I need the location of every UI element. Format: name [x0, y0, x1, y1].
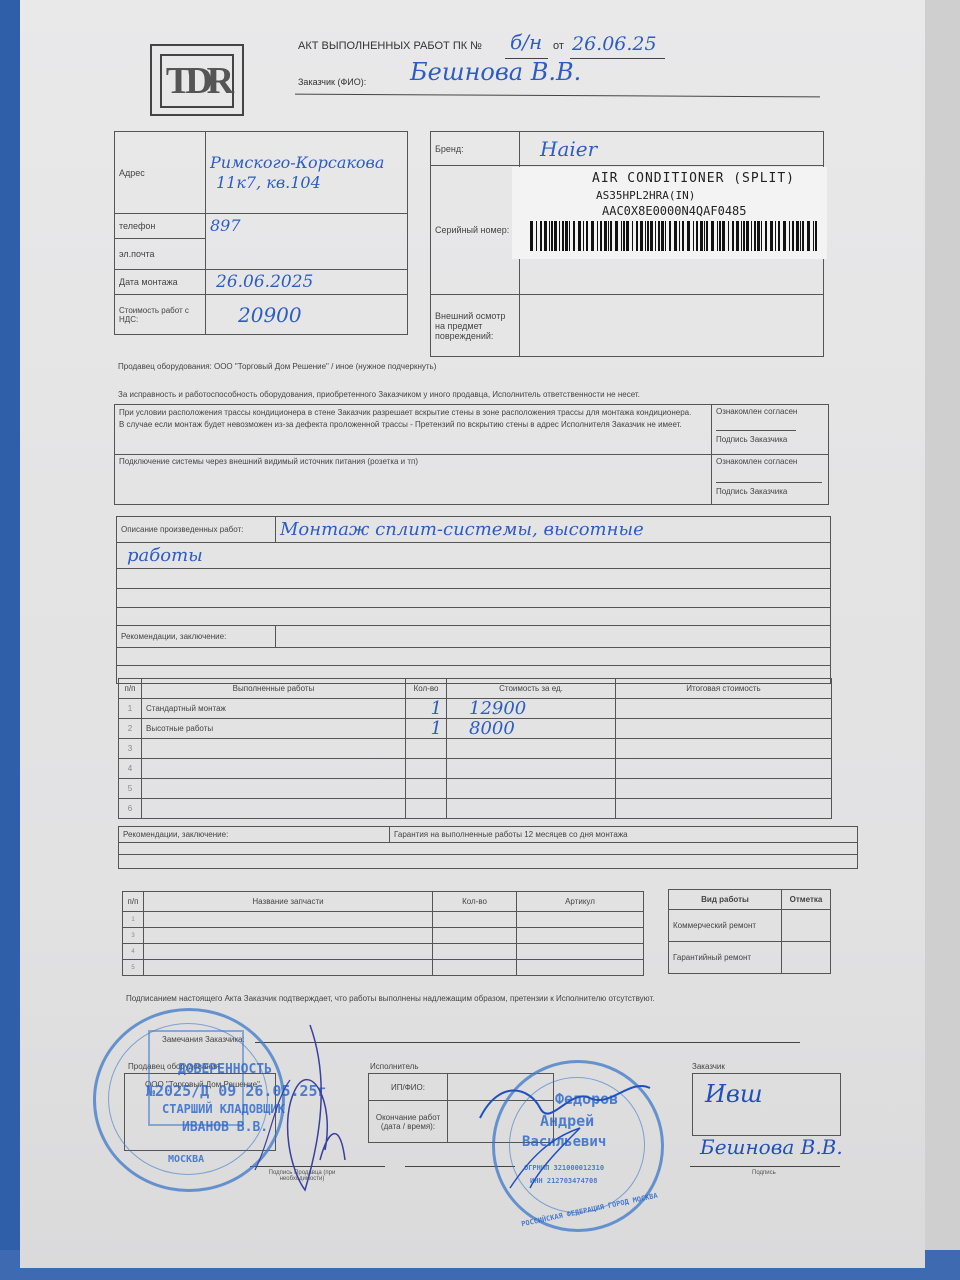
parts-header-num: п/п — [123, 892, 144, 912]
cost-cell[interactable]: 20900 — [206, 295, 408, 335]
parts-row: 4 — [123, 944, 644, 960]
work-type-commercial-mark[interactable] — [782, 910, 831, 942]
parts-header-row: п/п Название запчасти Кол-во Артикул — [123, 892, 644, 912]
inspection-label: Внешний осмотр на предмет повреждений: — [431, 295, 520, 357]
works-table: п/п Выполненные работы Кол-во Стоимость … — [118, 678, 832, 819]
phone-label: телефон — [115, 214, 206, 239]
description-line1-cell[interactable]: Монтаж сплит-системы, высотные — [276, 517, 831, 543]
phone-cell[interactable]: 897 — [206, 214, 408, 270]
description-line1: Монтаж сплит-системы, высотные — [280, 519, 644, 540]
works-recommend-label: Рекомендации, заключение: — [119, 827, 390, 843]
work-type-warranty: Гарантийный ремонт — [669, 942, 782, 974]
executor-signature-icon — [470, 1068, 660, 1198]
description-line2: работы — [127, 545, 203, 566]
works-row-total[interactable] — [616, 779, 832, 799]
warranty-text: Гарантия на выполненные работы 12 месяце… — [390, 827, 858, 843]
address-line1: Римского-Корсакова — [210, 153, 403, 173]
act-title-text: АКТ ВЫПОЛНЕННЫХ РАБОТ ПК № — [298, 40, 482, 52]
works-row-name[interactable]: Высотные работы — [142, 719, 406, 739]
brand-cell[interactable]: Haier — [520, 132, 824, 166]
customer-name[interactable]: Бешнова В.В. — [410, 58, 581, 86]
parts-row-num: 3 — [123, 928, 144, 944]
parts-row-qty[interactable] — [433, 912, 517, 928]
parts-row-num: 5 — [123, 960, 144, 976]
work-type-header: Вид работы — [669, 890, 782, 910]
install-date-value: 26.06.2025 — [216, 272, 313, 292]
parts-row-article[interactable] — [517, 960, 644, 976]
works-row-num: 4 — [119, 759, 142, 779]
address-cell[interactable]: Римского-Корсакова 11к7, кв.104 — [206, 132, 408, 214]
parts-row-num: 1 — [123, 912, 144, 928]
email-label: эл.почта — [115, 239, 206, 270]
works-header-total: Итоговая стоимость — [616, 679, 832, 699]
cost-label: Стоимость работ с НДС: — [115, 295, 206, 335]
works-row-total[interactable] — [616, 719, 832, 739]
parts-row-qty[interactable] — [433, 960, 517, 976]
consent-power-sign-cell[interactable]: Ознакомлен согласен Подпись Заказчика — [712, 455, 829, 505]
brand-value: Haier — [540, 137, 597, 161]
install-date-cell[interactable]: 26.06.2025 — [206, 270, 408, 295]
works-row: 2Высотные работы18000 — [119, 719, 832, 739]
description-line4[interactable] — [117, 589, 831, 608]
works-row-num: 6 — [119, 799, 142, 819]
customer-signature: Ивш — [705, 1080, 763, 1108]
works-header-row: п/п Выполненные работы Кол-во Стоимость … — [119, 679, 832, 699]
parts-row-article[interactable] — [517, 912, 644, 928]
works-row-qty[interactable]: 1 — [406, 719, 447, 739]
works-row-total[interactable] — [616, 699, 832, 719]
parts-row-qty[interactable] — [433, 944, 517, 960]
act-date-underline — [570, 58, 665, 59]
customer-sign-line[interactable] — [690, 1166, 840, 1167]
parts-row-qty[interactable] — [433, 928, 517, 944]
act-date[interactable]: 26.06.25 — [572, 33, 657, 55]
sticker-model: AS35HPL2HRA(IN) — [596, 189, 695, 202]
install-date-label: Дата монтажа — [115, 270, 206, 295]
parts-row-article[interactable] — [517, 928, 644, 944]
serial-sticker: AIR CONDITIONER (SPLIT) AS35HPL2HRA(IN) … — [512, 167, 827, 259]
seller-signature-icon — [250, 1020, 370, 1200]
consent-wall-text: При условии расположения трассы кондицио… — [115, 405, 712, 455]
works-row-name[interactable] — [142, 739, 406, 759]
seller-note: Продавец оборудования: ООО "Торговый Дом… — [118, 362, 436, 371]
works-header-price: Стоимость за ед. — [447, 679, 616, 699]
description-table: Описание произведенных работ: Монтаж спл… — [116, 516, 831, 684]
consent-power-text: Подключение системы через внешний видимы… — [115, 455, 712, 505]
seller-stamp-city: МОСКВА — [168, 1154, 204, 1165]
executor-label: Исполнитель — [370, 1062, 419, 1071]
work-type-commercial: Коммерческий ремонт — [669, 910, 782, 942]
consent-power-agreed: Ознакомлен согласен — [716, 457, 824, 466]
description-line3[interactable] — [117, 569, 831, 589]
customer-sign-name: Бешнова В.В. — [700, 1135, 843, 1159]
description-label: Описание произведенных работ: — [117, 517, 276, 543]
work-type-table: Вид работы Отметка Коммерческий ремонт Г… — [668, 889, 831, 974]
consent-power-sign: Подпись Заказчика — [716, 487, 824, 496]
parts-row-name[interactable] — [144, 928, 433, 944]
works-row-total[interactable] — [616, 739, 832, 759]
works-row-qty[interactable] — [406, 739, 447, 759]
cost-value: 20900 — [238, 303, 302, 327]
brand-label: Бренд: — [431, 132, 520, 166]
works-row-price[interactable] — [447, 779, 616, 799]
company-logo: TDR — [150, 44, 244, 116]
works-row-price[interactable] — [447, 759, 616, 779]
works-row-qty[interactable] — [406, 779, 447, 799]
act-number[interactable]: б/н — [510, 30, 542, 54]
works-row-price[interactable] — [447, 799, 616, 819]
works-row-qty[interactable] — [406, 799, 447, 819]
parts-header-qty: Кол-во — [433, 892, 517, 912]
works-row-qty[interactable] — [406, 759, 447, 779]
consent-table: При условии расположения трассы кондицио… — [114, 404, 829, 505]
parts-row: 5 — [123, 960, 644, 976]
confirmation-text: Подписанием настоящего Акта Заказчик под… — [126, 994, 654, 1003]
works-row: 6 — [119, 799, 832, 819]
works-row: 3 — [119, 739, 832, 759]
parts-header-name: Название запчасти — [144, 892, 433, 912]
warranty-line2[interactable] — [119, 843, 858, 855]
description-recommend-label: Рекомендации, заключение: — [117, 626, 276, 648]
customer-label: Заказчик (ФИО): — [298, 77, 366, 87]
sticker-product-type: AIR CONDITIONER (SPLIT) — [592, 171, 795, 186]
works-row-price[interactable]: 8000 — [447, 719, 616, 739]
works-header-qty: Кол-во — [406, 679, 447, 699]
work-type-warranty-mark[interactable] — [782, 942, 831, 974]
parts-table: п/п Название запчасти Кол-во Артикул 134… — [122, 891, 644, 976]
date-prefix: от — [553, 40, 564, 52]
consent-wall-agreed: Ознакомлен согласен — [716, 407, 824, 416]
background-surface — [922, 0, 960, 1280]
works-row-num: 5 — [119, 779, 142, 799]
parts-row-num: 4 — [123, 944, 144, 960]
description-line5[interactable] — [117, 608, 831, 626]
works-row-name[interactable] — [142, 779, 406, 799]
phone-value: 897 — [210, 216, 241, 235]
works-row-price[interactable]: 12900 — [447, 699, 616, 719]
executor-fio-label: ИП/ФИО: — [369, 1074, 448, 1101]
consent-wall-sign: Подпись Заказчика — [716, 435, 824, 444]
inspection-cell[interactable] — [520, 295, 824, 357]
sticker-serial: AAC0X8E0000N4QAF0485 — [602, 204, 747, 218]
parts-row: 3 — [123, 928, 644, 944]
customer-sign-label: Заказчик — [692, 1062, 725, 1071]
liability-note: За исправность и работоспособность обору… — [118, 390, 640, 399]
work-type-mark-header: Отметка — [782, 890, 831, 910]
description-recommend-line2[interactable] — [117, 648, 831, 666]
logo-text: TDR — [160, 54, 234, 108]
consent-wall-text-2: В случае если монтаж будет невозможен из… — [119, 419, 707, 431]
executor-end-label: Окончание работ (дата / время): — [369, 1101, 448, 1143]
works-row-price[interactable] — [447, 739, 616, 759]
parts-row: 1 — [123, 912, 644, 928]
works-header-name: Выполненные работы — [142, 679, 406, 699]
parts-header-article: Артикул — [517, 892, 644, 912]
works-row-num: 3 — [119, 739, 142, 759]
works-row-num: 2 — [119, 719, 142, 739]
works-row: 1Стандартный монтаж112900 — [119, 699, 832, 719]
barcode-icon — [530, 221, 820, 251]
works-row-name[interactable]: Стандартный монтаж — [142, 699, 406, 719]
act-title: АКТ ВЫПОЛНЕННЫХ РАБОТ ПК № — [298, 40, 482, 52]
works-row: 5 — [119, 779, 832, 799]
consent-wall-sign-cell[interactable]: Ознакомлен согласен Подпись Заказчика — [712, 405, 829, 455]
parts-row-name[interactable] — [144, 912, 433, 928]
works-row-total[interactable] — [616, 759, 832, 779]
client-info-table: Адрес Римского-Корсакова 11к7, кв.104 те… — [114, 131, 408, 335]
warranty-table: Рекомендации, заключение: Гарантия на вы… — [118, 826, 858, 869]
works-row-total[interactable] — [616, 799, 832, 819]
works-row: 4 — [119, 759, 832, 779]
works-row-num: 1 — [119, 699, 142, 719]
customer-sign-caption: Подпись — [752, 1170, 776, 1176]
address-label: Адрес — [115, 132, 206, 214]
consent-wall-text-1: При условии расположения трассы кондицио… — [119, 407, 707, 419]
description-line2-cell[interactable]: работы — [117, 543, 831, 569]
address-line2: 11к7, кв.104 — [216, 173, 403, 193]
parts-row-name[interactable] — [144, 944, 433, 960]
description-recommend-cell[interactable] — [276, 626, 831, 648]
parts-row-article[interactable] — [517, 944, 644, 960]
works-row-qty[interactable]: 1 — [406, 699, 447, 719]
works-header-num: п/п — [119, 679, 142, 699]
works-row-name[interactable] — [142, 799, 406, 819]
serial-label: Серийный номер: — [431, 166, 520, 295]
works-row-name[interactable] — [142, 759, 406, 779]
warranty-line3[interactable] — [119, 855, 858, 869]
parts-row-name[interactable] — [144, 960, 433, 976]
